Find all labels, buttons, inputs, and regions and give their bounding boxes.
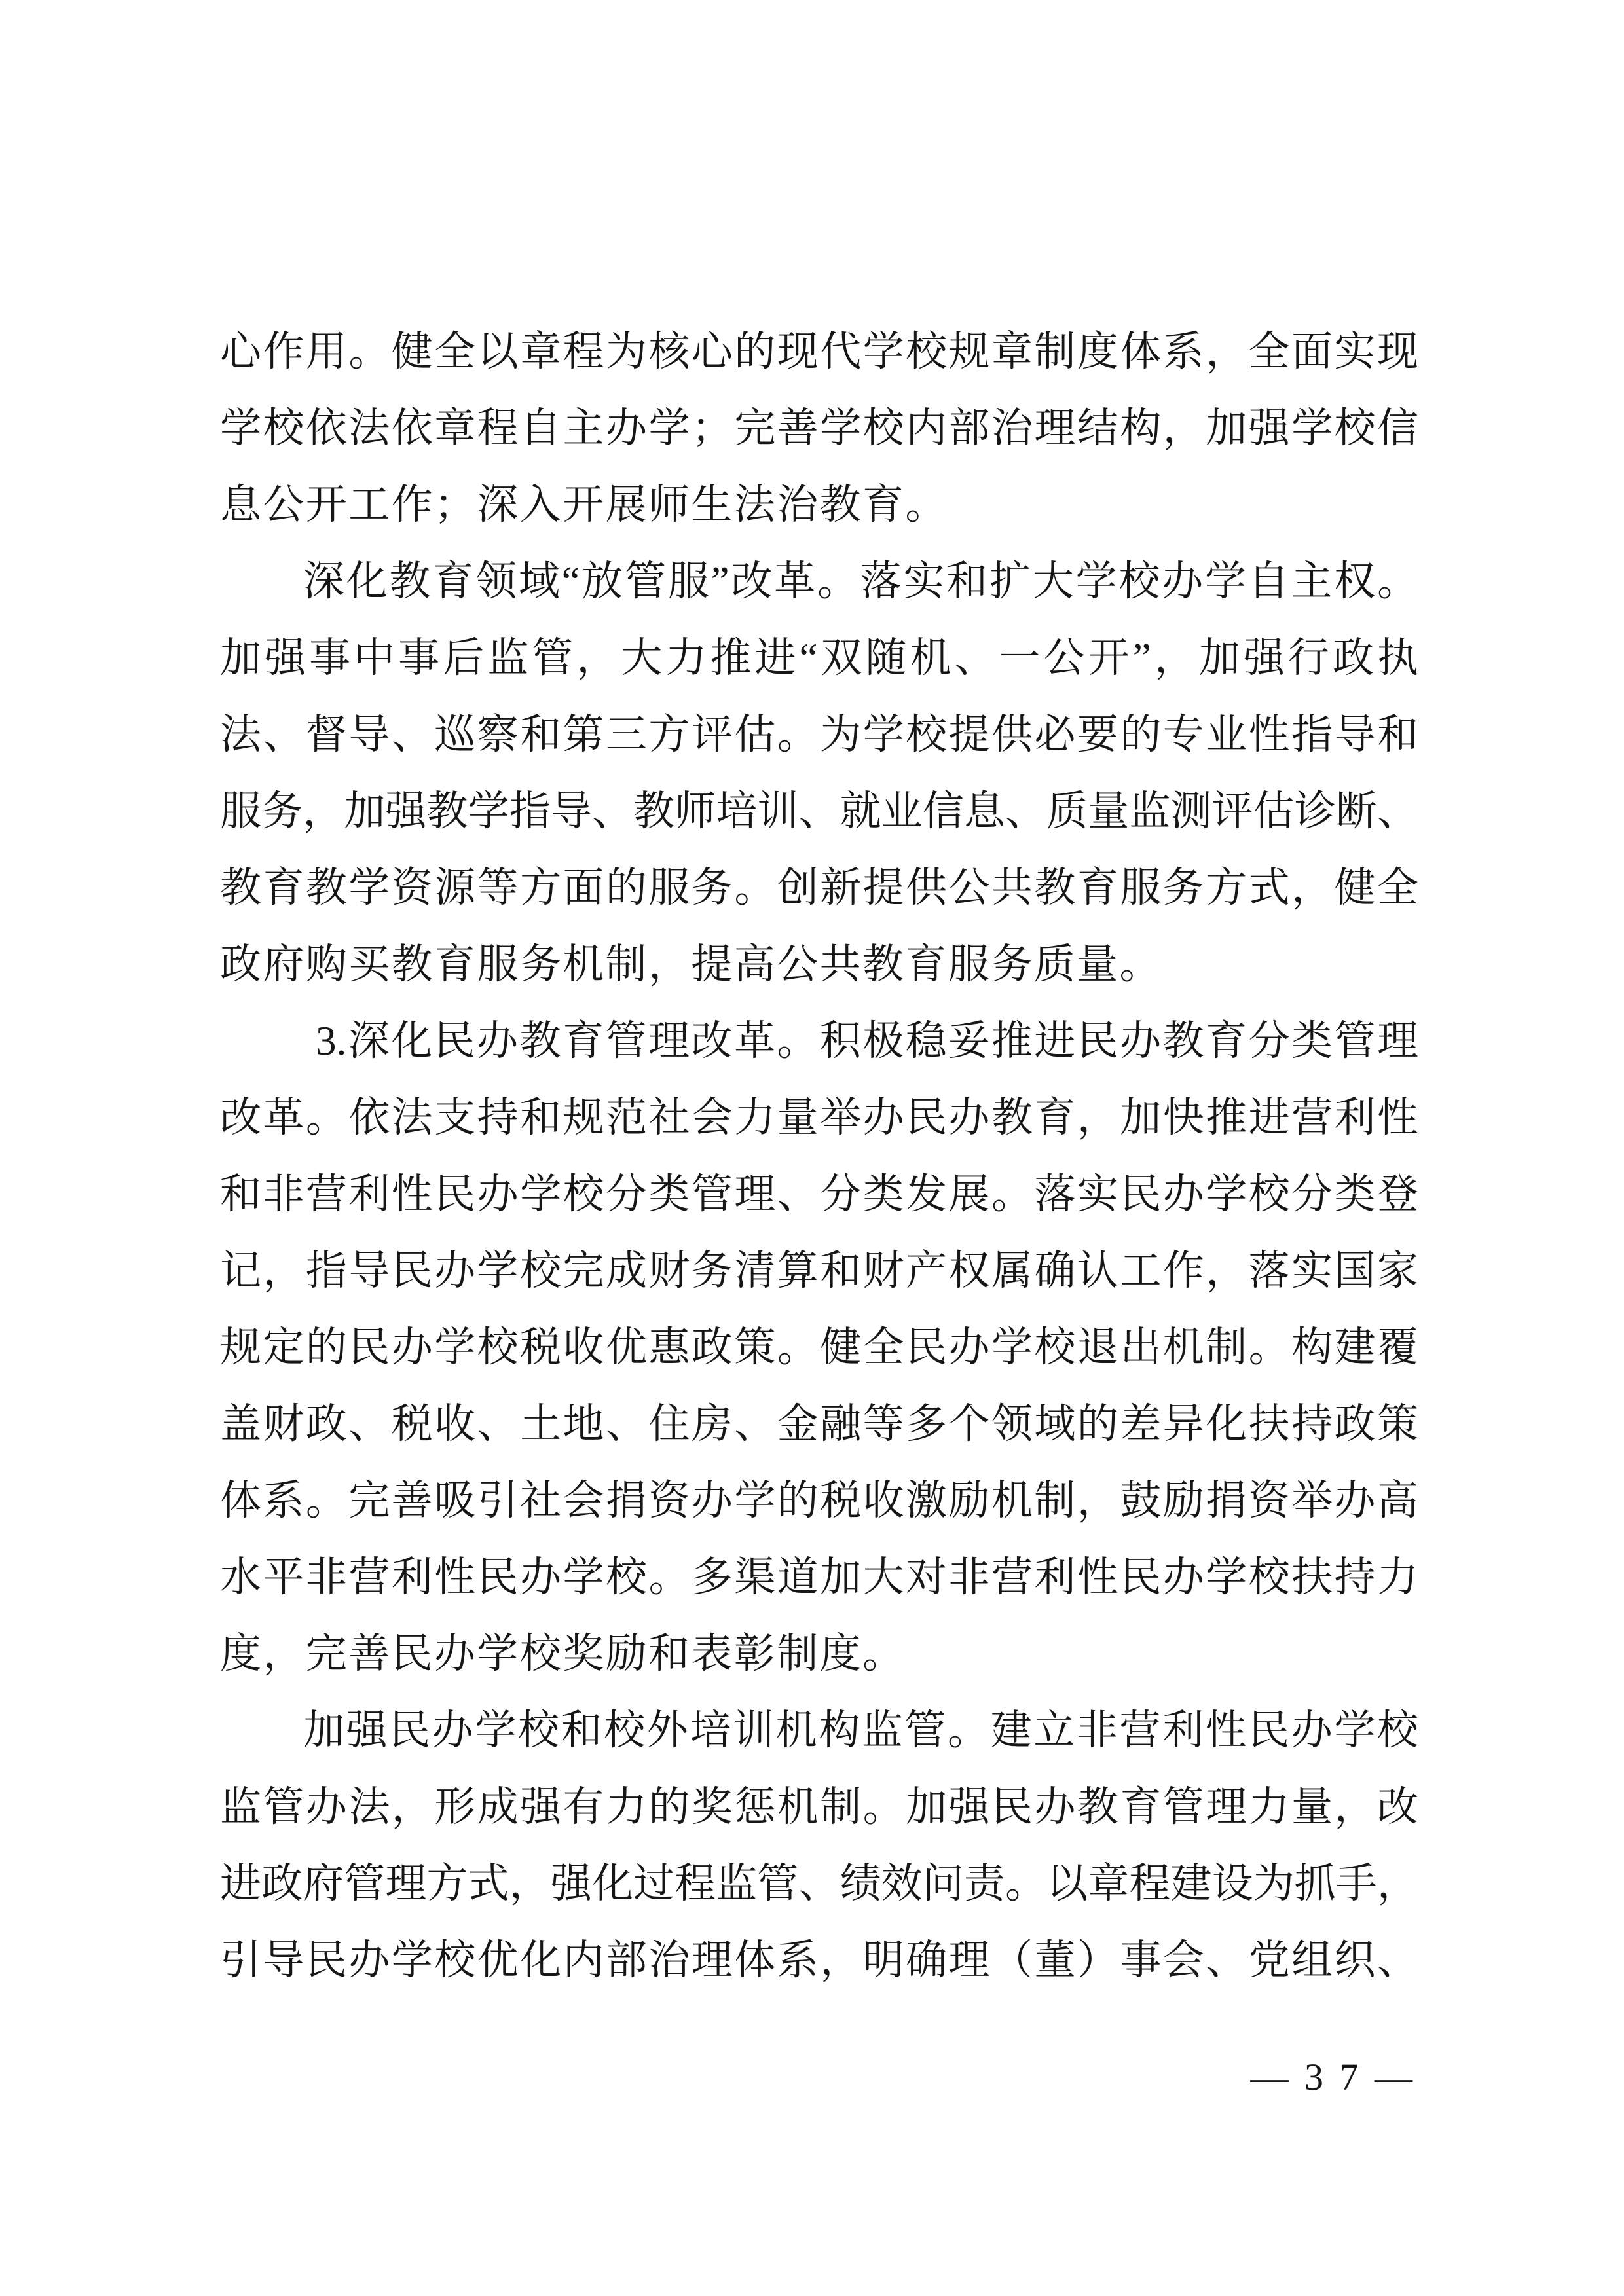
text-line: 度，完善民办学校奖励和表彰制度。 — [220, 1616, 1418, 1692]
text-line: 监管办法，形成强有力的奖惩机制。加强民办教育管理力量，改 — [220, 1769, 1418, 1846]
text-line: 加强民办学校和校外培训机构监管。建立非营利性民办学校 — [220, 1692, 1418, 1769]
text-line: 水平非营利性民办学校。多渠道加大对非营利性民办学校扶持力 — [220, 1539, 1418, 1616]
text-line: 学校依法依章程自主办学；完善学校内部治理结构，加强学校信 — [220, 390, 1418, 467]
text-line: 记，指导民办学校完成财务清算和财产权属确认工作，落实国家 — [220, 1233, 1418, 1309]
text-line: 心作用。健全以章程为核心的现代学校规章制度体系，全面实现 — [220, 314, 1418, 390]
text-line: 改革。依法支持和规范社会力量举办民办教育，加快推进营利性 — [220, 1080, 1418, 1156]
text-line: 加强事中事后监管，大力推进“双随机、一公开”，加强行政执 — [220, 620, 1418, 697]
text-line: 政府购买教育服务机制，提高公共教育服务质量。 — [220, 926, 1418, 1003]
text-line: 盖财政、税收、土地、住房、金融等多个领域的差异化扶持政策 — [220, 1386, 1418, 1463]
text-line: 教育教学资源等方面的服务。创新提供公共教育服务方式，健全 — [220, 850, 1418, 926]
text-line: 3.深化民办教育管理改革。积极稳妥推进民办教育分类管理 — [220, 1003, 1418, 1080]
text-line: 进政府管理方式，强化过程监管、绩效问责。以章程建设为抓手， — [220, 1846, 1418, 1922]
page-number: — 3 7 — — [1251, 2058, 1416, 2096]
document-page: 心作用。健全以章程为核心的现代学校规章制度体系，全面实现学校依法依章程自主办学；… — [0, 0, 1624, 2296]
text-line: 法、督导、巡察和第三方评估。为学校提供必要的专业性指导和 — [220, 697, 1418, 773]
text-line: 服务，加强教学指导、教师培训、就业信息、质量监测评估诊断、 — [220, 773, 1418, 850]
text-line: 深化教育领域“放管服”改革。落实和扩大学校办学自主权。 — [220, 543, 1418, 620]
text-line: 息公开工作；深入开展师生法治教育。 — [220, 467, 1418, 543]
body-text: 心作用。健全以章程为核心的现代学校规章制度体系，全面实现学校依法依章程自主办学；… — [220, 314, 1418, 1999]
text-line: 引导民办学校优化内部治理体系，明确理（董）事会、党组织、 — [220, 1922, 1418, 1999]
text-line: 体系。完善吸引社会捐资办学的税收激励机制，鼓励捐资举办高 — [220, 1463, 1418, 1539]
text-line: 规定的民办学校税收优惠政策。健全民办学校退出机制。构建覆 — [220, 1309, 1418, 1386]
text-line: 和非营利性民办学校分类管理、分类发展。落实民办学校分类登 — [220, 1156, 1418, 1233]
